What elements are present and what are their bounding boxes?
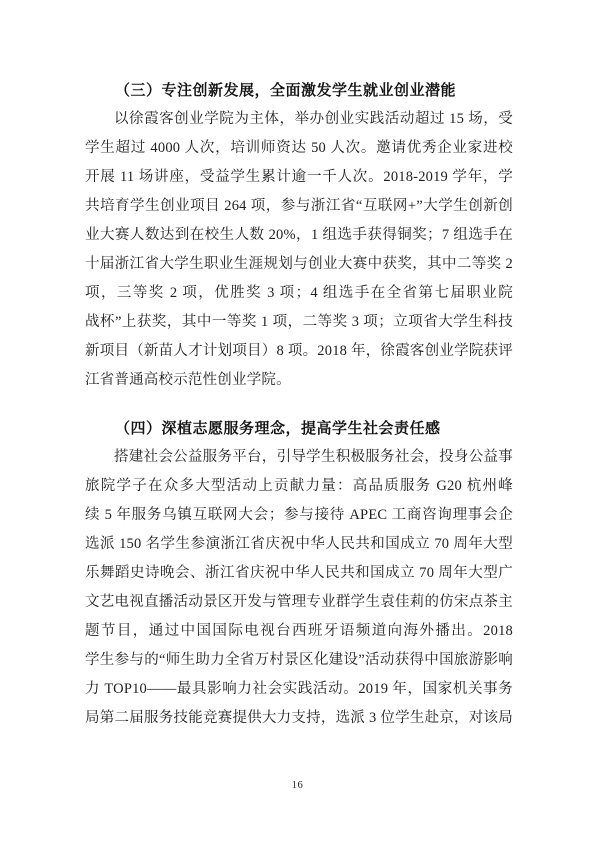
paragraph-line: 乐舞蹈史诗晚会、浙江省庆祝中华人民共和国成立 70 周年大型广场 (85, 559, 513, 588)
paragraph-line: 以徐霞客创业学院为主体，举办创业实践活动超过 15 场，受益 (85, 105, 513, 134)
page-footer: 16 (0, 775, 595, 793)
paragraph-line: 选派 150 名学生参演浙江省庆祝中华人民共和国成立 70 周年大型音 (85, 530, 513, 559)
page-content: （三）专注创新发展，全面激发学生就业创业潜能 以徐霞客创业学院为主体，举办创业实… (85, 76, 513, 733)
paragraph-line: 旅院学子在众多大型活动上贡献力量：高品质服务 G20 杭州峰会；连 (85, 472, 513, 501)
paragraph-line: 学生参与的“师生助力全省万村景区化建设”活动获得中国旅游影响 (85, 646, 513, 675)
paragraph-line: 十届浙江省大学生职业生涯规划与创业大赛中获奖，其中二等奖 2 (85, 250, 513, 279)
section-heading-4: （四）深植志愿服务理念，提高学生社会责任感 (85, 414, 513, 443)
paragraph-line: 续 5 年服务乌镇互联网大会；参与接待 APEC 工商咨询理事会企业家； (85, 501, 513, 530)
paragraph-line: 文艺电视直播活动景区开发与管理专业群学生袁佳莉的仿宋点茶主 (85, 588, 513, 617)
paragraph-line: 新项目（新苗人才计划项目）8 项。2018 年，徐霞客创业学院获评浙 (85, 337, 513, 366)
paragraph-line: 共培育学生创业项目 264 项，参与浙江省“互联网+”大学生创新创 (85, 192, 513, 221)
paragraph-line: 局第二届服务技能竞赛提供大力支持，选派 3 位学生赴京，对该局选 (85, 704, 513, 733)
paragraph-line: 项，三等奖 2 项，优胜奖 3 项；4 组选手在全省第七届职业院校“挑 (85, 279, 513, 308)
paragraph-line: 题节目，通过中国国际电视台西班牙语频道向海外播出。2018 年， (85, 617, 513, 646)
paragraph-line: 力 TOP10——最具影响力社会实践活动。2019 年，国家机关事务管理 (85, 675, 513, 704)
paragraph-line: 学生超过 4000 人次，培训师资达 50 人次。邀请优秀企业家进校园， (85, 134, 513, 163)
paragraph-volunteer-service: 搭建社会公益服务平台，引导学生积极服务社会，投身公益事业。旅院学子在众多大型活动… (85, 443, 513, 733)
paragraph-line: 业大赛人数达到在校生人数 20%，1 组选手获得铜奖；7 组选手在第 (85, 221, 513, 250)
paragraph-line: 江省普通高校示范性创业学院。 (85, 366, 513, 395)
paragraph-line: 搭建社会公益服务平台，引导学生积极服务社会，投身公益事业。 (85, 443, 513, 472)
page-number: 16 (292, 780, 304, 791)
paragraph-innovation-development: 以徐霞客创业学院为主体，举办创业实践活动超过 15 场，受益学生超过 4000 … (85, 105, 513, 395)
section-heading-3: （三）专注创新发展，全面激发学生就业创业潜能 (85, 76, 513, 105)
paragraph-line: 战杯”上获奖，其中一等奖 1 项，二等奖 3 项；立项省大学生科技创 (85, 308, 513, 337)
paragraph-line: 开展 11 场讲座，受益学生累计逾一千人次。2018-2019 学年，学院 (85, 163, 513, 192)
document-page: （三）专注创新发展，全面激发学生就业创业潜能 以徐霞客创业学院为主体，举办创业实… (0, 0, 595, 842)
